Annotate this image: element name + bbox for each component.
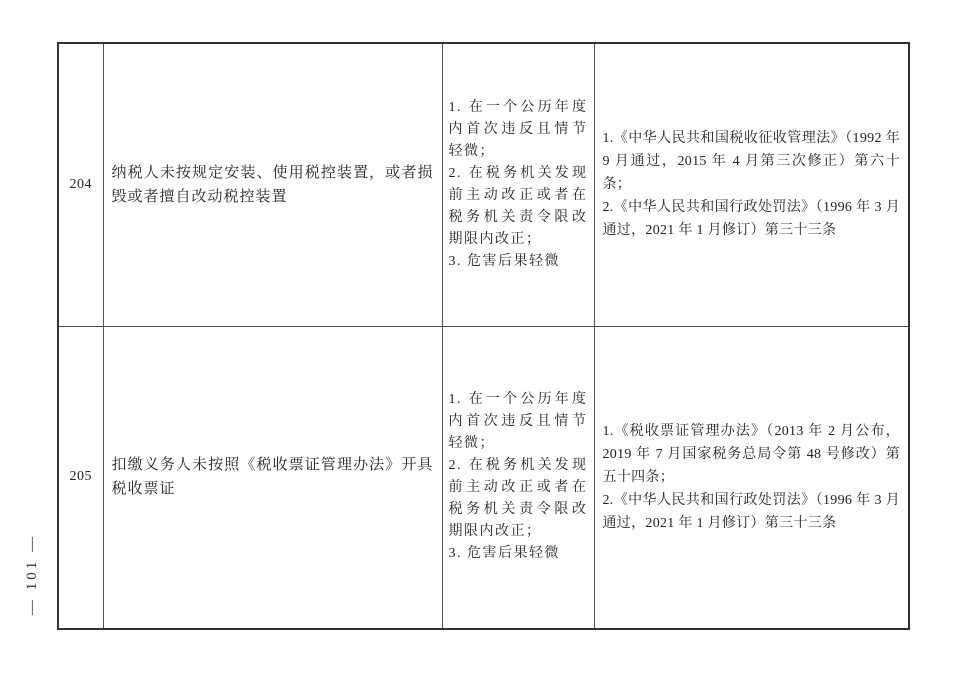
legal-basis-item: 2.《中华人民共和国行政处罚法》（1996 年 3 月通过，2021 年 1 月… bbox=[603, 196, 901, 242]
table-row-204: 204 纳税人未按规定安装、使用税控装置，或者损毁或者擅自改动税控装置 1. 在… bbox=[58, 43, 909, 326]
violations-table-container: 204 纳税人未按规定安装、使用税控装置，或者损毁或者擅自改动税控装置 1. 在… bbox=[57, 42, 910, 630]
condition-item: 1. 在一个公历年度内首次违反且情节轻微； bbox=[449, 389, 588, 455]
cell-violation-description: 纳税人未按规定安装、使用税控装置，或者损毁或者擅自改动税控装置 bbox=[103, 43, 442, 326]
cell-mitigating-conditions: 1. 在一个公历年度内首次违反且情节轻微； 2. 在税务机关发现前主动改正或者在… bbox=[442, 326, 594, 629]
condition-item: 3. 危害后果轻微 bbox=[449, 543, 588, 565]
cell-violation-description: 扣缴义务人未按照《税收票证管理办法》开具税收票证 bbox=[103, 326, 442, 629]
cell-legal-basis: 1.《中华人民共和国税收征收管理法》（1992 年 9 月通过，2015 年 4… bbox=[594, 43, 909, 326]
condition-item: 3. 危害后果轻微 bbox=[449, 251, 588, 273]
cell-legal-basis: 1.《税收票证管理办法》（2013 年 2 月公布，2019 年 7 月国家税务… bbox=[594, 326, 909, 629]
table-row-205: 205 扣缴义务人未按照《税收票证管理办法》开具税收票证 1. 在一个公历年度内… bbox=[58, 326, 909, 629]
legal-basis-item: 1.《税收票证管理办法》（2013 年 2 月公布，2019 年 7 月国家税务… bbox=[603, 420, 901, 489]
condition-item: 2. 在税务机关发现前主动改正或者在税务机关责令限改期限内改正； bbox=[449, 163, 588, 251]
cell-row-number: 204 bbox=[58, 43, 103, 326]
legal-basis-item: 2.《中华人民共和国行政处罚法》（1996 年 3 月通过，2021 年 1 月… bbox=[603, 489, 901, 535]
cell-mitigating-conditions: 1. 在一个公历年度内首次违反且情节轻微； 2. 在税务机关发现前主动改正或者在… bbox=[442, 43, 594, 326]
page-number: — 101 — bbox=[10, 528, 54, 620]
violations-table: 204 纳税人未按规定安装、使用税控装置，或者损毁或者擅自改动税控装置 1. 在… bbox=[57, 42, 910, 630]
page-number-text: — 101 — bbox=[24, 534, 41, 615]
condition-item: 2. 在税务机关发现前主动改正或者在税务机关责令限改期限内改正； bbox=[449, 455, 588, 543]
condition-item: 1. 在一个公历年度内首次违反且情节轻微； bbox=[449, 97, 588, 163]
cell-row-number: 205 bbox=[58, 326, 103, 629]
legal-basis-item: 1.《中华人民共和国税收征收管理法》（1992 年 9 月通过，2015 年 4… bbox=[603, 127, 901, 196]
